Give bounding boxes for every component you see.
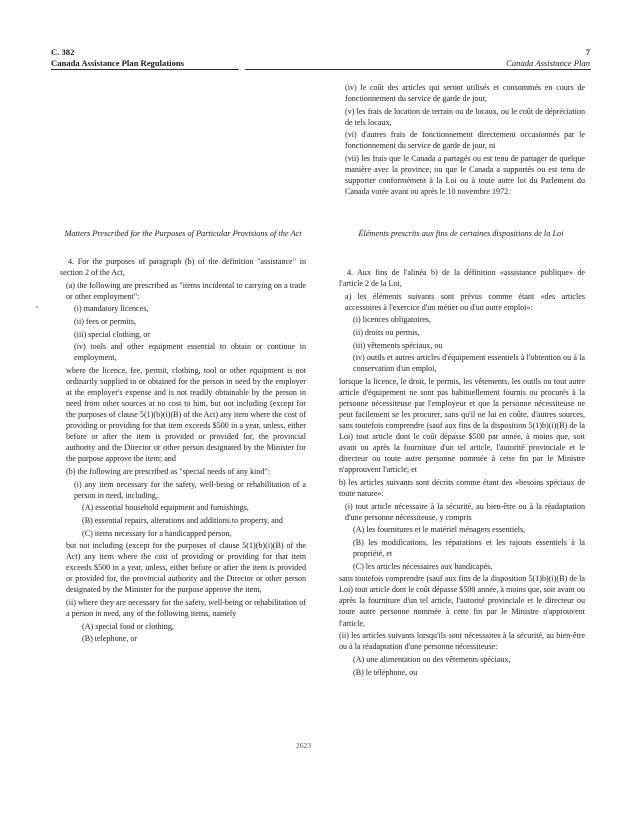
- fr-b-i-item-b: (B) les modifications, les réparations e…: [339, 537, 585, 559]
- fr-cont-item-vi: (vi) d'autres frais de fonctionnement di…: [339, 129, 585, 151]
- fr-b-i: (i) tout article nécessaire à la sécurit…: [339, 501, 585, 523]
- fr-cont-item-iv: (iv) le coût des articles qui seront uti…: [339, 82, 585, 104]
- fr-a-item-i: (i) licences obligatoires,: [339, 314, 585, 325]
- fr-para-a-intro: a) les éléments suivants sont prévus com…: [339, 291, 585, 313]
- header-rule-right: [245, 69, 591, 70]
- en-section-4-intro: 4. For the purposes of paragraph (b) of …: [60, 256, 306, 278]
- fr-b-i-item-a: (A) les fournitures et le matériel ménag…: [339, 524, 585, 535]
- en-a-item-ii: (ii) fees or permits,: [60, 316, 306, 327]
- en-b-i-item-a: (A) essential household equipment and fu…: [60, 502, 306, 513]
- en-a-tail: where the licence, fee, permit, clothing…: [60, 365, 306, 464]
- page-section-number: 7: [330, 47, 590, 58]
- en-a-item-i: (i) mandatory licences,: [60, 303, 306, 314]
- running-header-left: C. 382 Canada Assistance Plan Regulation…: [51, 47, 291, 68]
- regulation-title-fr: Canada Assistance Plan: [330, 58, 590, 69]
- en-b-ii-item-b: (B) telephone, or: [60, 633, 306, 644]
- section-heading-en: Matters Prescribed for the Purposes of P…: [52, 229, 314, 239]
- fr-a-item-ii: (ii) droits ou permis,: [339, 327, 585, 338]
- fr-section-4-intro: 4. Aux fins de l'alinéa b) de la définit…: [339, 267, 585, 289]
- page-number: 2623: [296, 741, 311, 750]
- en-para-a-intro: (a) the following are prescribed as "ite…: [60, 280, 306, 302]
- en-b-i-item-c: (C) items necessary for a handicapped pe…: [60, 528, 306, 539]
- running-header-right: 7 Canada Assistance Plan: [330, 47, 590, 68]
- regulation-title-en: Canada Assistance Plan Regulations: [51, 58, 291, 69]
- en-a-item-iii: (iii) special clothing, or: [60, 329, 306, 340]
- en-b-i-tail: but not including (except for the purpos…: [60, 540, 306, 595]
- en-b-ii-item-a: (A) special food or clothing,: [60, 621, 306, 632]
- en-b-i-item-b: (B) essential repairs, alterations and a…: [60, 515, 306, 526]
- fr-a-item-iii: (iii) vêtements spéciaux, ou: [339, 340, 585, 351]
- en-b-i: (i) any item necessary for the safety, w…: [60, 479, 306, 501]
- fr-b-ii-item-b: (B) le téléphone, ou: [339, 667, 585, 678]
- french-continuation: (iv) le coût des articles qui seront uti…: [339, 82, 585, 199]
- fr-cont-item-v: (v) les frais de location de terrain ou …: [339, 106, 585, 128]
- fr-para-b-intro: b) les articles suivants sont décrits co…: [339, 477, 585, 499]
- fr-a-item-iv: (iv) outils et autres articles d'équipem…: [339, 352, 585, 374]
- fr-b-ii-item-a: (A) une alimentation ou des vêtements sp…: [339, 654, 585, 665]
- french-column: 4. Aux fins de l'alinéa b) de la définit…: [339, 267, 585, 679]
- en-a-item-iv: (iv) tools and other equipment essential…: [60, 341, 306, 363]
- en-b-ii: (ii) where they are necessary for the sa…: [60, 597, 306, 619]
- fr-a-tail: lorsque la licence, le droit, le permis,…: [339, 376, 585, 475]
- scan-speck: [36, 306, 38, 308]
- fr-b-i-item-c: (C) les articles nécessaires aux handica…: [339, 561, 585, 572]
- fr-b-ii: (ii) les articles suivants lorsqu'ils so…: [339, 630, 585, 652]
- english-column: 4. For the purposes of paragraph (b) of …: [60, 256, 306, 646]
- fr-b-i-tail: sans toutefois comprendre (sauf aux fins…: [339, 573, 585, 628]
- en-para-b-intro: (b) the following are prescribed as "spe…: [60, 466, 306, 477]
- section-heading-fr: Éléments prescrits aux fins de certaines…: [330, 229, 592, 239]
- fr-cont-item-vii: (vii) les frais que le Canada a partagés…: [339, 153, 585, 197]
- header-rule-left: [51, 69, 239, 70]
- chapter-code: C. 382: [51, 47, 291, 58]
